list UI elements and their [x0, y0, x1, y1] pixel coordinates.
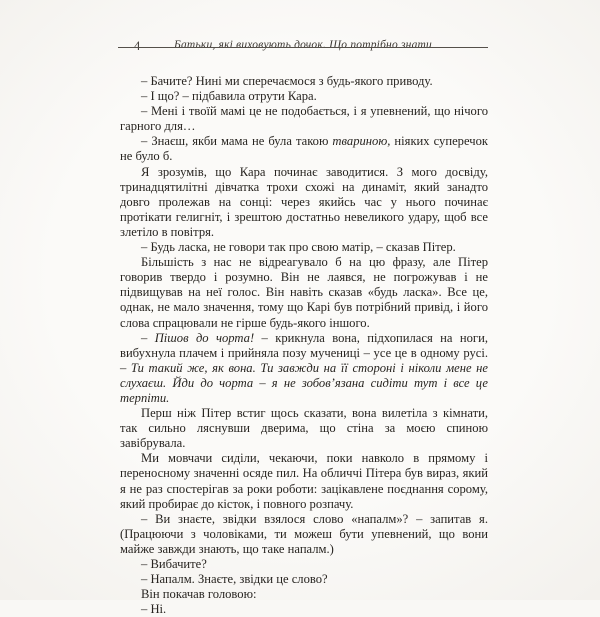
text-run: Ми мовчачи сиділи, чекаючи, поки навколо… — [120, 451, 488, 510]
text-run: – Вибачите? — [141, 557, 207, 571]
text-run: – Ви знаєте, звідки взялося слово «напал… — [120, 512, 488, 556]
text-run: – Мені і твоїй мамі це не подобається, і… — [120, 104, 488, 133]
text-run: Перш ніж Пітер встиг щось сказати, вона … — [120, 406, 488, 450]
text-run: – І що? – підбавила отрути Кара. — [141, 89, 317, 103]
page-body: – Бачите? Нині ми сперечаємося з будь-як… — [120, 74, 488, 600]
italic-text-run: Пішов до чорта! — [155, 331, 254, 345]
paragraph: – Напалм. Знаєте, звідки це слово? — [120, 572, 488, 587]
paragraph: – Будь ласка, не говори так про свою мат… — [120, 240, 488, 255]
text-run: Я зрозумів, що Кара починає заводитися. … — [120, 165, 488, 239]
text-run: – Будь ласка, не говори так про свою мат… — [141, 240, 456, 254]
paragraph: – Знаєш, якби мама не була такою тварино… — [120, 134, 488, 164]
paragraph: – І що? – підбавила отрути Кара. — [120, 89, 488, 104]
text-run: – Напалм. Знаєте, звідки це слово? — [141, 572, 328, 586]
text-run: – — [141, 331, 155, 345]
paragraph: Я зрозумів, що Кара починає заводитися. … — [120, 165, 488, 240]
paragraph: Перш ніж Пітер встиг щось сказати, вона … — [120, 406, 488, 451]
italic-text-run: твариною, — [332, 134, 390, 148]
text-run: Більшість з нас не відреагувало б на цю … — [120, 255, 488, 329]
running-head: Батьки, які виховують дочок. Що потрібно… — [119, 39, 487, 51]
text-run: – Бачите? Нині ми сперечаємося з будь-як… — [141, 74, 433, 88]
paragraph: Більшість з нас не відреагувало б на цю … — [120, 255, 488, 330]
italic-text-run: Ти такий же, як вона. Ти завжди на її ст… — [120, 361, 488, 405]
header-rule — [118, 47, 488, 48]
paragraph: – Бачите? Нині ми сперечаємося з будь-як… — [120, 74, 488, 89]
paragraph: – Ви знаєте, звідки взялося слово «напал… — [120, 512, 488, 557]
text-run: – Знаєш, якби мама не була такою — [141, 134, 332, 148]
page-header: 4 Батьки, які виховують дочок. Що потріб… — [119, 39, 487, 57]
paragraph: – Мені і твоїй мамі це не подобається, і… — [120, 104, 488, 134]
paragraph: Ми мовчачи сиділи, чекаючи, поки навколо… — [120, 451, 488, 511]
paragraph: – Пішов до чорта! – крикнула вона, підхо… — [120, 331, 488, 406]
book-page: 4 Батьки, які виховують дочок. Що потріб… — [0, 0, 600, 600]
paragraph: – Вибачите? — [120, 557, 488, 572]
text-run: Він покачав головою: — [141, 587, 256, 600]
paragraph: Він покачав головою: — [120, 587, 488, 600]
